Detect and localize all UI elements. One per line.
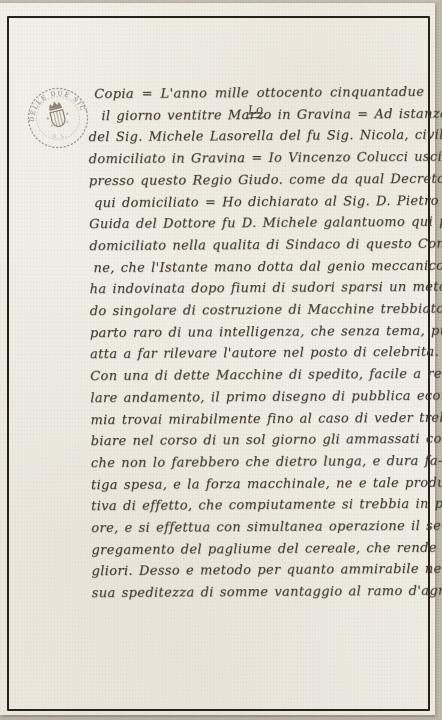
manuscript-line: domiciliato nella qualita di Sindaco di …	[89, 234, 425, 258]
manuscript-line: do singolare di costruzione di Macchine …	[90, 299, 426, 323]
manuscript-line: Copia = L'anno mille ottocento cinquanta…	[88, 82, 424, 106]
manuscript-line: biare nel corso di un sol giorno gli amm…	[91, 429, 427, 453]
manuscript-text-block: Copia = L'anno mille ottocento cinquanta…	[88, 82, 428, 605]
manuscript-line: lare andamento, il primo disegno di pubb…	[90, 386, 426, 410]
manuscript-line: il giorno ventitre Marzo in Gravina = Ad…	[88, 104, 424, 128]
manuscript-line: mia trovai mirabilmente fino al caso di …	[90, 407, 426, 431]
manuscript-line: che non lo farebbero che dietro lunga, e…	[91, 451, 427, 475]
manuscript-line: ne, che l'Istante mano dotta dal genio m…	[89, 255, 425, 279]
manuscript-line: gliori. Desso e metodo per quanto ammira…	[92, 559, 428, 583]
manuscript-line: Con una di dette Macchine di spedito, fa…	[90, 364, 426, 388]
manuscript-line: qui domiciliato = Ho dichiarato al Sig. …	[89, 190, 425, 214]
manuscript-line: del Sig. Michele Lasorella del fu Sig. N…	[88, 125, 424, 149]
manuscript-line: domiciliato in Gravina = Io Vincenzo Col…	[89, 147, 425, 171]
manuscript-line: gregamento del pagliume del cereale, che…	[91, 538, 427, 562]
manuscript-line: atta a far rilevare l'autore nel posto d…	[90, 342, 426, 366]
manuscript-line: presso questo Regio Giudo. come da qual …	[89, 169, 425, 193]
manuscript-line: tiga spesa, e la forza macchinale, ne e …	[91, 472, 427, 496]
manuscript-line: ore, e si effettua con simultanea operaz…	[91, 516, 427, 540]
seal-crown-and-shield	[43, 99, 70, 129]
manuscript-line: parto raro di una intelligenza, che senz…	[90, 321, 426, 345]
manuscript-line: ha indovinata dopo fiumi di sudori spars…	[90, 277, 426, 301]
manuscript-line: sua speditezza di somme vantaggio al ram…	[92, 581, 428, 605]
scanned-manuscript-page: DELLE DUE SICILIE G. L. Lo Copia = L'ann…	[0, 0, 442, 720]
manuscript-line: Guida del Dottore fu D. Michele galantuo…	[89, 212, 425, 236]
manuscript-line: tiva di effetto, che compiutamente si tr…	[91, 494, 427, 518]
